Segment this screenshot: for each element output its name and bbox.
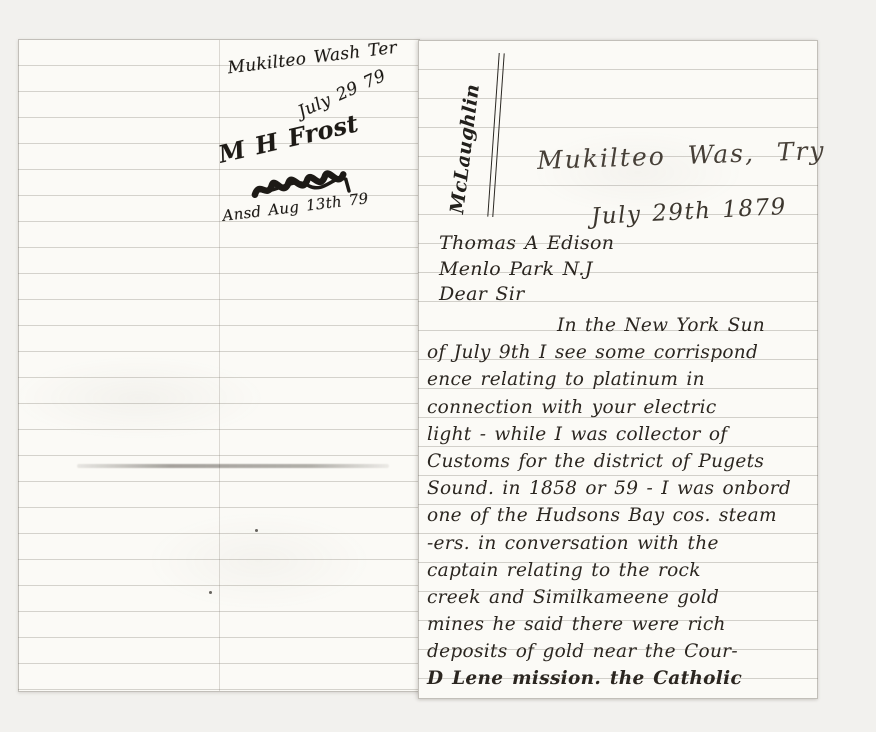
recipient-address: Menlo Park N.J [439, 257, 614, 283]
body-line: connection with your electric [427, 394, 813, 421]
ink-smudge [77, 464, 389, 468]
paper-speck [209, 591, 212, 594]
body-line: Sound. in 1858 or 59 - I was onbord [427, 475, 813, 502]
paper-speck [255, 529, 258, 532]
right-page: McLaughlin Mukilteo Was, Try July 29th 1… [418, 40, 818, 699]
body-line: light - while I was collector of [427, 421, 813, 448]
left-page: Mukilteo Wash Ter July 29 79 M H Frost A… [18, 39, 420, 692]
letter-date: July 29th 1879 [590, 194, 787, 230]
letter-body: In the New York Sun of July 9th I see so… [427, 312, 813, 693]
body-line: of July 9th I see some corrispond [427, 339, 813, 366]
fold-crease [219, 40, 220, 691]
body-line: one of the Hudsons Bay cos. steam [427, 502, 813, 529]
body-line: In the New York Sun [427, 312, 813, 339]
body-line: mines he said there were rich [427, 611, 813, 638]
letter-scan: Mukilteo Wash Ter July 29 79 M H Frost A… [0, 0, 876, 732]
body-line: deposits of gold near the Cour- [427, 638, 813, 665]
docket-double-rule [487, 53, 504, 217]
body-line: creek and Similkameene gold [427, 584, 813, 611]
body-line: Customs for the district of Pugets [427, 448, 813, 475]
recipient-block: Thomas A Edison Menlo Park N.J Dear Sir [439, 231, 614, 308]
body-line: ence relating to platinum in [427, 366, 813, 393]
docket-name-vertical: McLaughlin [441, 43, 490, 254]
recipient-name: Thomas A Edison [439, 231, 614, 257]
body-line: D Lene mission. the Catholic [427, 665, 813, 692]
recipient-salutation: Dear Sir [439, 282, 614, 308]
body-line: -ers. in conversation with the [427, 530, 813, 557]
body-line: captain relating to the rock [427, 557, 813, 584]
letter-place: Mukilteo Was, Try [537, 136, 826, 175]
docket-sender-name: M H Frost [216, 108, 361, 168]
